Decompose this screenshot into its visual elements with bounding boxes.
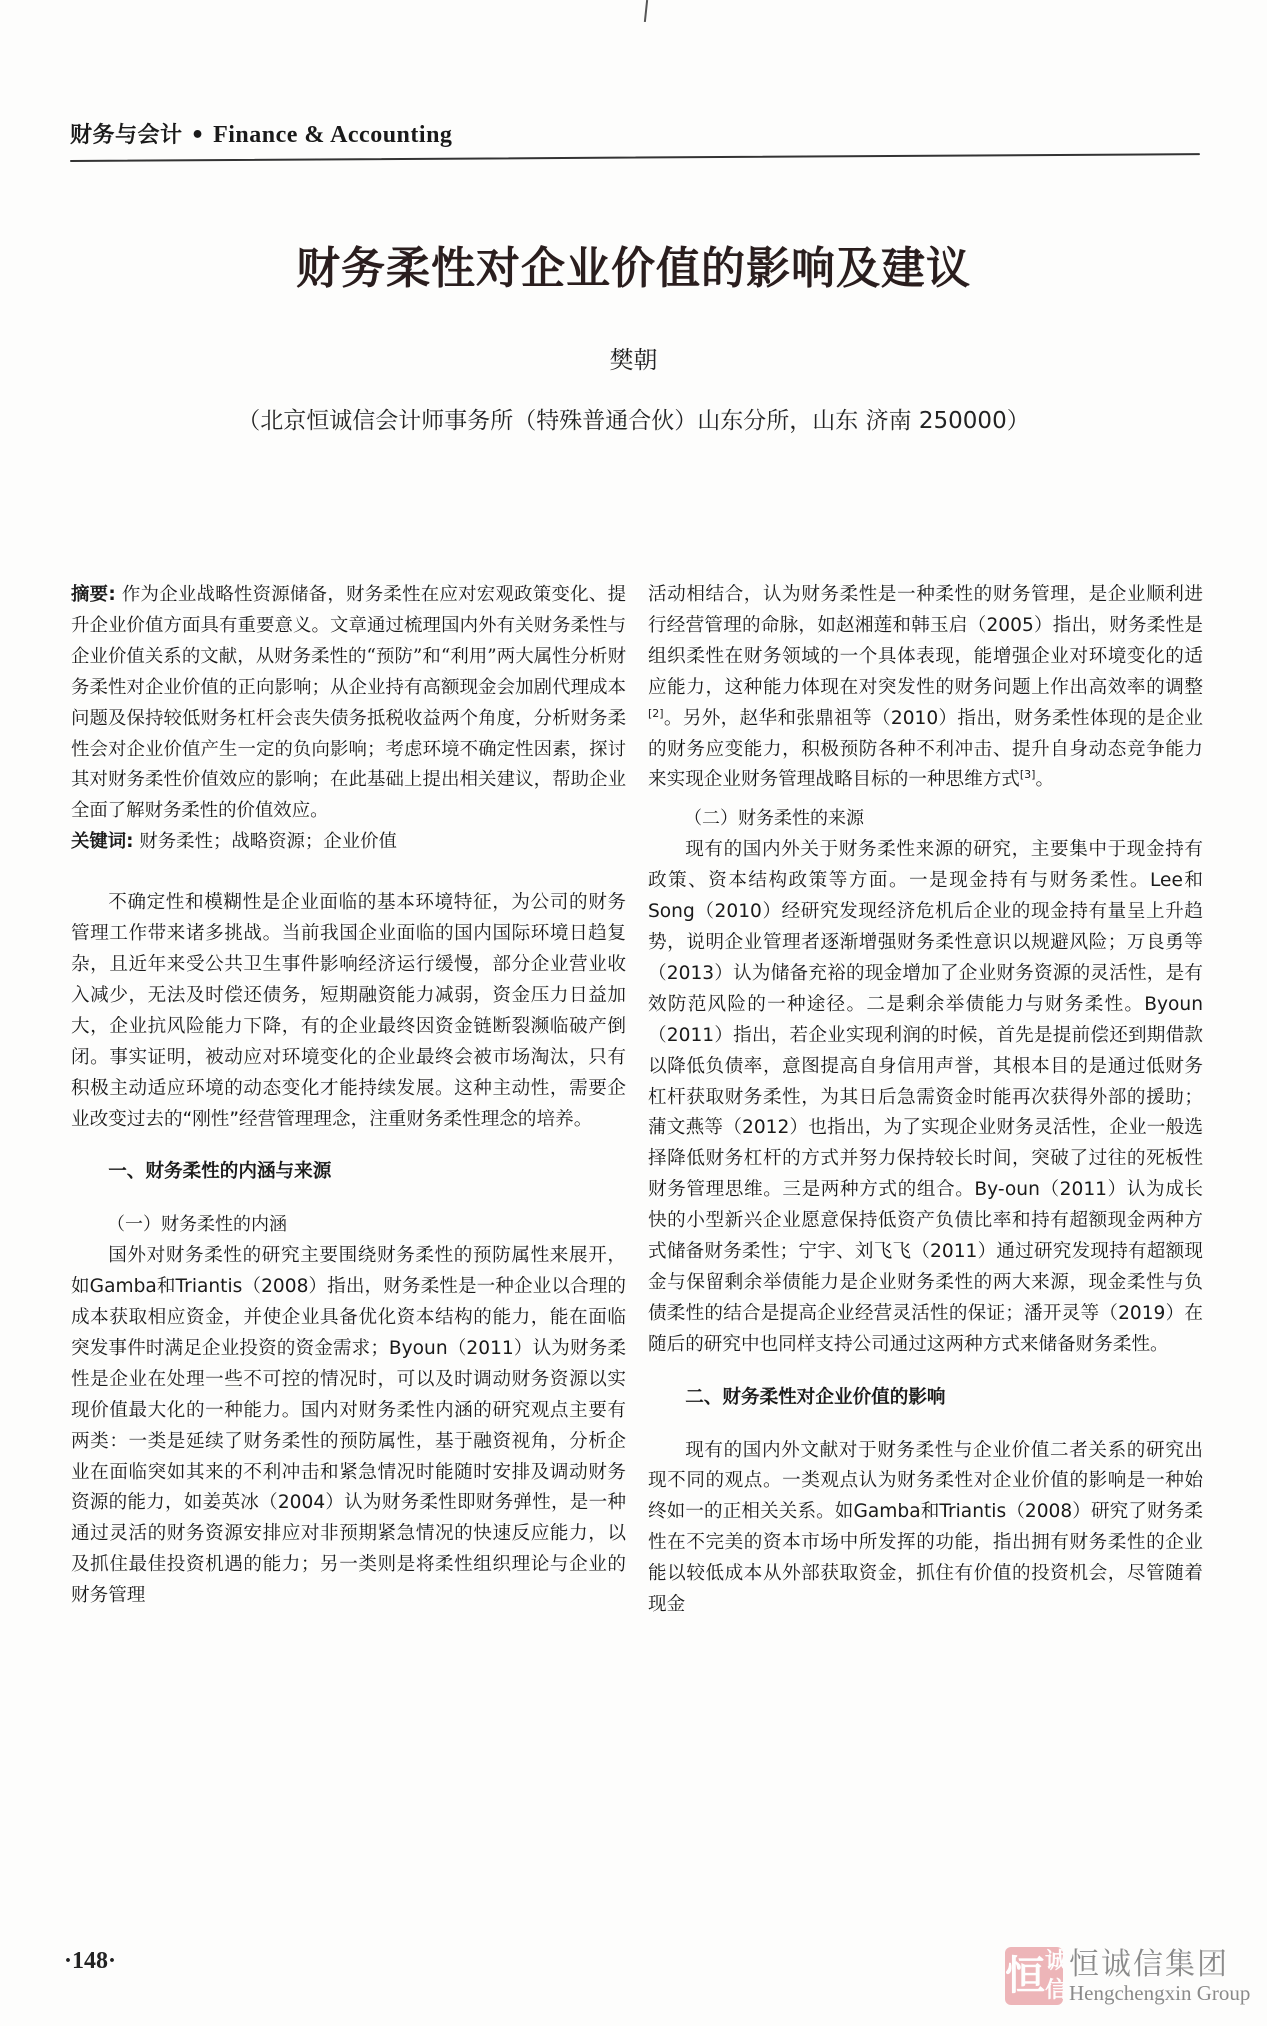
spacer xyxy=(71,858,626,888)
logo-char-2: 诚 xyxy=(1045,1951,1063,1973)
logo-char-3: 信 xyxy=(1045,1980,1063,2002)
running-head: 财务与会计•Finance & Accounting xyxy=(70,118,452,149)
citation-3: [3] xyxy=(1020,768,1036,781)
section-1-heading: 一、财务柔性的内涵与来源 xyxy=(71,1157,626,1188)
article-title: 财务柔性对企业价值的影响及建议 xyxy=(0,232,1267,296)
logo-char-1: 恒 xyxy=(1005,1956,1045,1996)
continued-text-2: 。另外，赵华和张鼎祖等（2010）指出，财务柔性体现的是企业的财务应变能力，积极… xyxy=(648,708,1203,791)
affiliation: （北京恒诚信会计师事务所（特殊普通合伙）山东分所，山东 济南 250000） xyxy=(0,402,1267,435)
logo-name-cn: 恒诚信集团 xyxy=(1069,1948,1250,1982)
intro-paragraph: 不确定性和模糊性是企业面临的基本环境特征，为公司的财务管理工作带来诸多挑战。当前… xyxy=(71,888,626,1135)
keywords: 关键词: 财务柔性；战略资源；企业价值 xyxy=(71,827,626,858)
logo-mark-icon: 恒 诚 信 xyxy=(1005,1947,1063,2005)
abstract: 摘要: 作为企业战略性资源储备，财务柔性在应对宏观政策变化、提升企业价值方面具有… xyxy=(71,580,626,827)
subsection-1-2-text: 现有的国内外关于财务柔性来源的研究，主要集中于现金持有政策、资本结构政策等方面。… xyxy=(648,835,1203,1360)
page-number: ·148· xyxy=(64,1948,116,1975)
continued-text-3: 。 xyxy=(1035,769,1054,790)
citation-2: [2] xyxy=(648,706,664,719)
continued-text-1: 活动相结合，认为财务柔性是一种柔性的财务管理，是企业顺利进行经营管理的命脉，如赵… xyxy=(648,584,1203,698)
abstract-text: 作为企业战略性资源储备，财务柔性在应对宏观政策变化、提升企业价值方面具有重要意义… xyxy=(71,584,626,821)
subsection-1-1-text: 国外对财务柔性的研究主要围绕财务柔性的预防属性来展开，如Gamba和Triant… xyxy=(71,1241,626,1612)
keywords-text: 财务柔性；战略资源；企业价值 xyxy=(139,831,396,852)
logo-name-en: Hengchengxin Group xyxy=(1069,1982,1250,2004)
running-head-en: Finance & Accounting xyxy=(213,122,452,148)
subsection-1-1-continued: 活动相结合，认为财务柔性是一种柔性的财务管理，是企业顺利进行经营管理的命脉，如赵… xyxy=(648,580,1203,796)
subsection-1-2-heading: （二）财务柔性的来源 xyxy=(648,804,1203,835)
watermark-logo: 恒 诚 信 恒诚信集团 Hengchengxin Group xyxy=(1005,1947,1250,2005)
running-head-cn: 财务与会计 xyxy=(70,123,183,148)
keywords-label: 关键词: xyxy=(71,831,134,852)
abstract-label: 摘要: xyxy=(71,584,116,605)
scan-mark xyxy=(644,0,648,22)
left-column: 摘要: 作为企业战略性资源储备，财务柔性在应对宏观政策变化、提升企业价值方面具有… xyxy=(71,580,626,1612)
logo-text: 恒诚信集团 Hengchengxin Group xyxy=(1069,1948,1250,2004)
section-2-heading: 二、财务柔性对企业价值的影响 xyxy=(648,1383,1203,1414)
running-head-separator: • xyxy=(191,123,206,148)
author: 樊朝 xyxy=(0,340,1267,375)
header-rule xyxy=(70,153,1200,162)
subsection-1-1-heading: （一）财务柔性的内涵 xyxy=(71,1210,626,1241)
section-2-text: 现有的国内外文献对于财务柔性与企业价值二者关系的研究出现不同的观点。一类观点认为… xyxy=(648,1436,1203,1621)
right-column: 活动相结合，认为财务柔性是一种柔性的财务管理，是企业顺利进行经营管理的命脉，如赵… xyxy=(648,580,1203,1621)
